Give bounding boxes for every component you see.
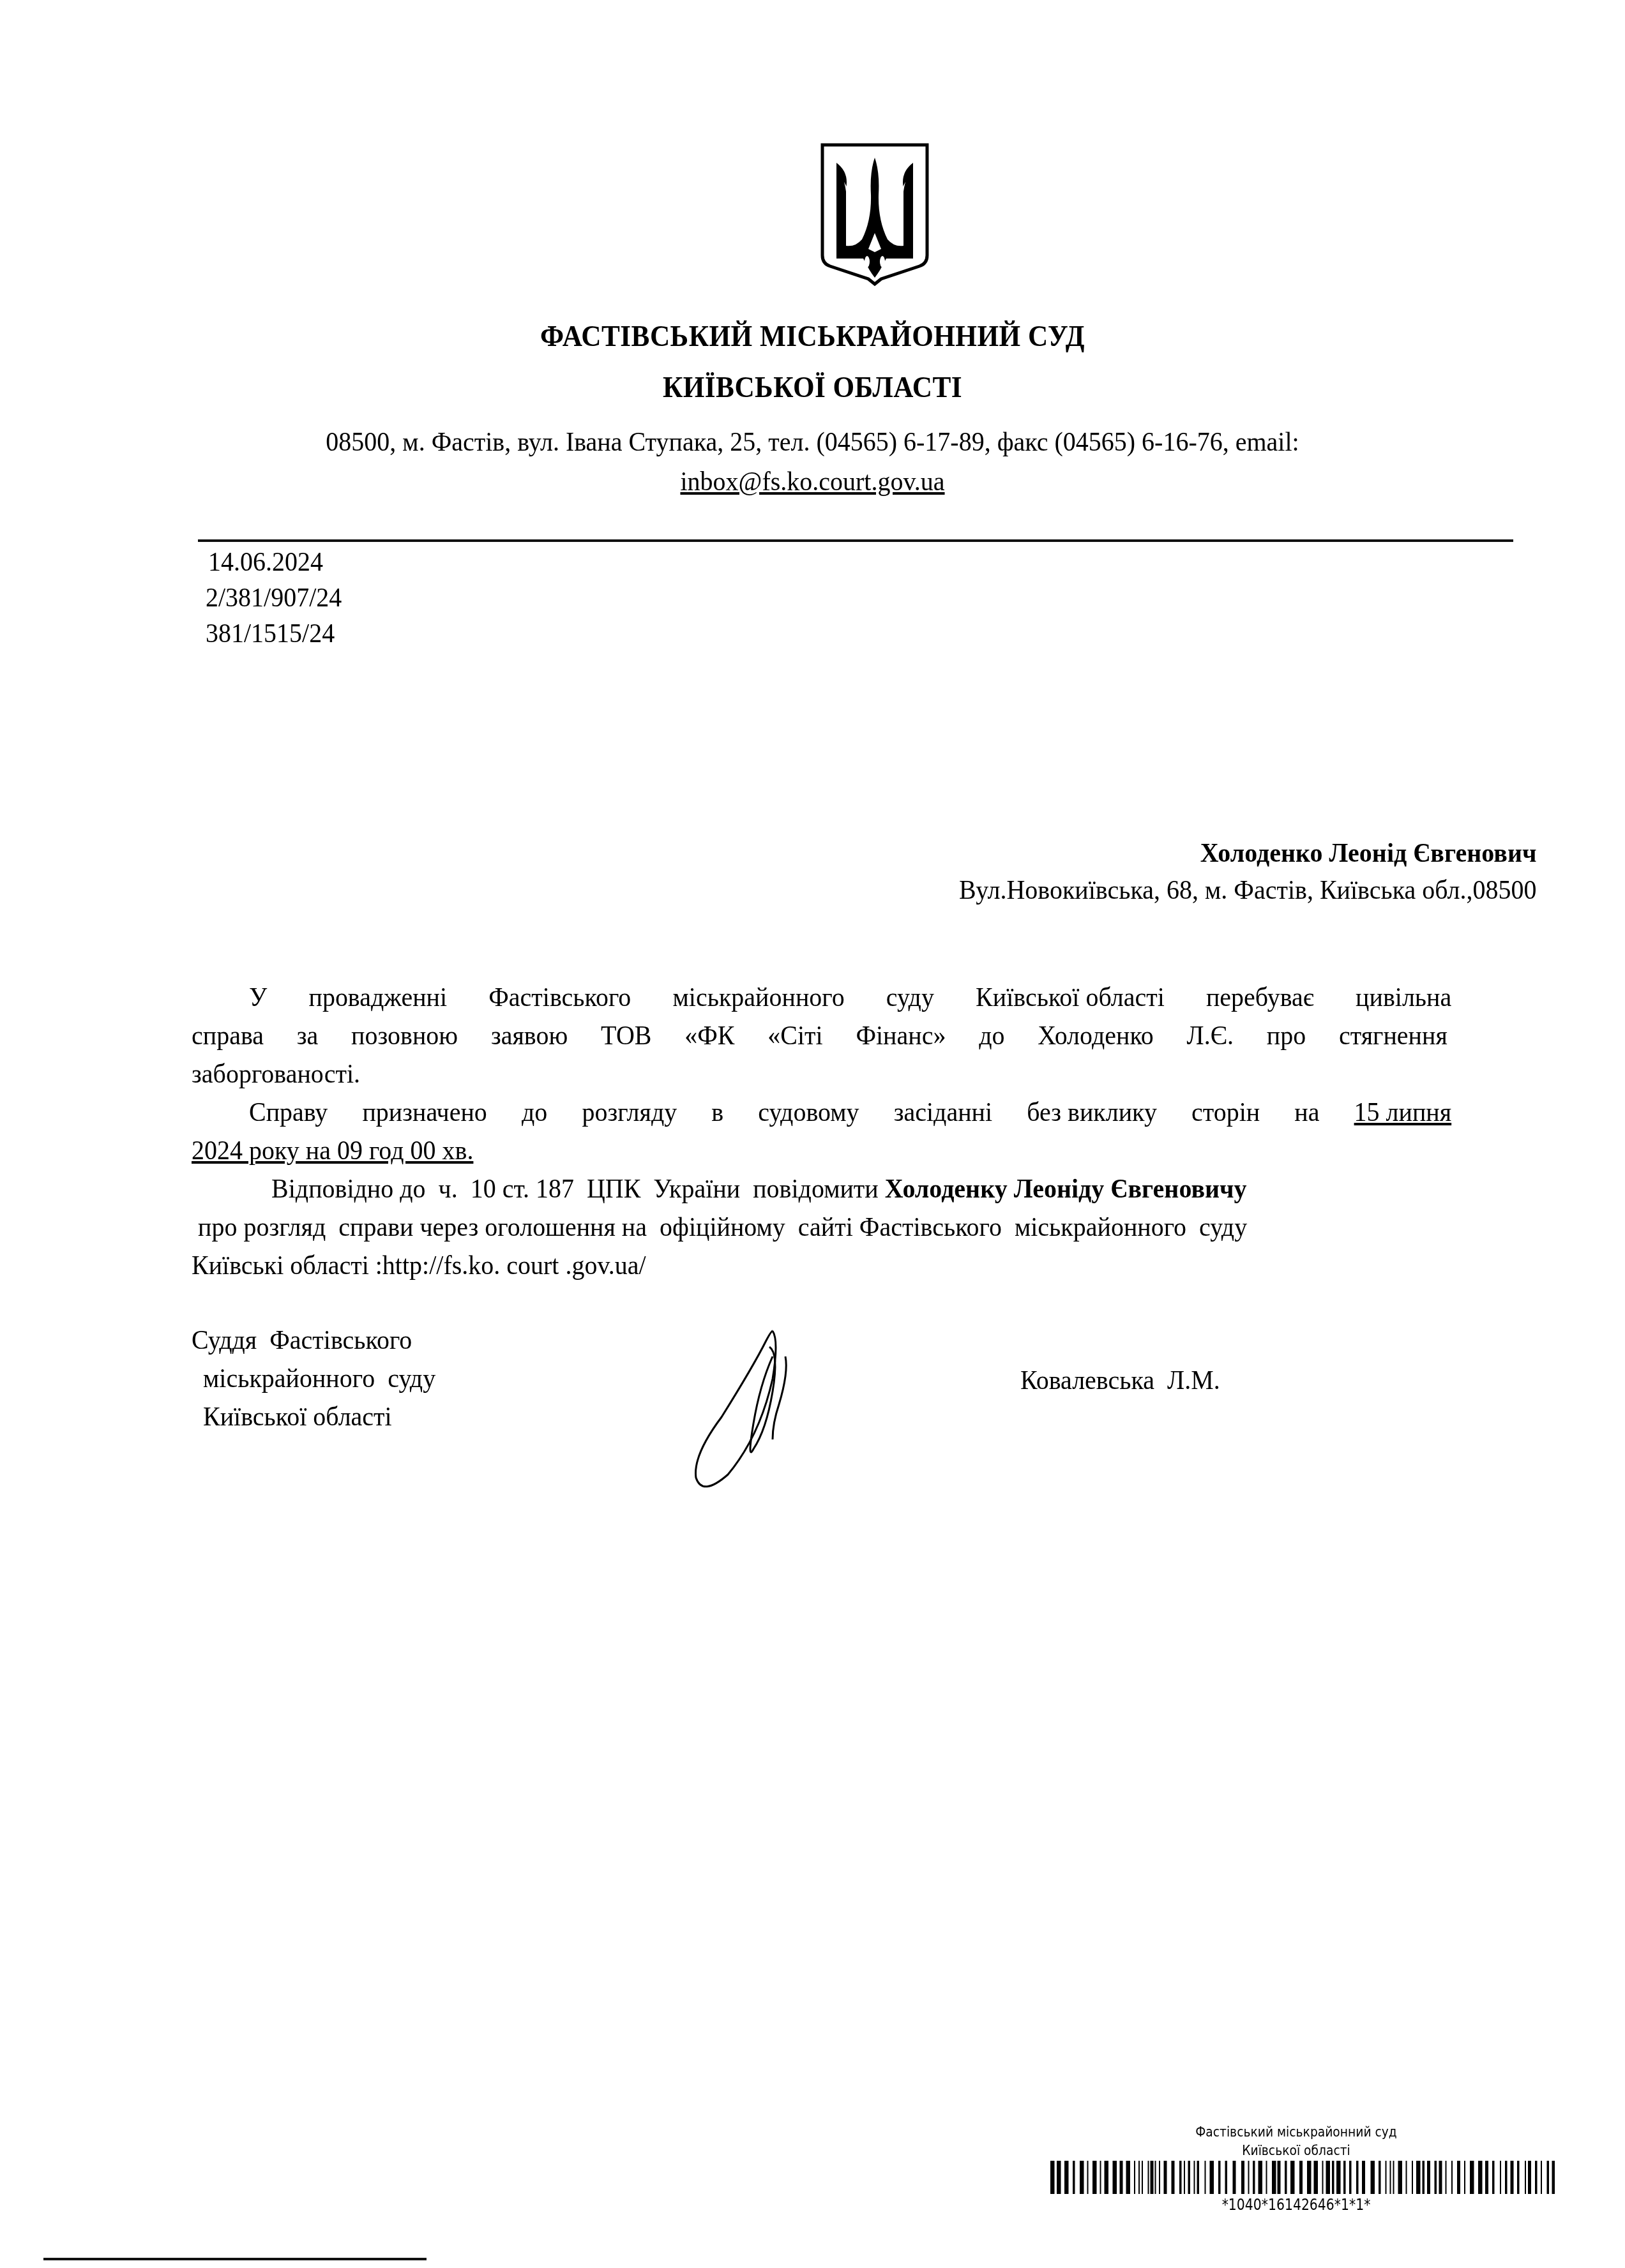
court-email-link[interactable]: inbox@fs.ko.court.gov.ua <box>57 466 1568 497</box>
word: судовому <box>758 1097 859 1128</box>
paragraph-1-line-2: справазапозовноюзаявоюТОВ«ФК«СітіФінанс»… <box>192 1020 1447 1051</box>
paragraph-1-line-3: заборгованості. <box>192 1058 1447 1090</box>
word: міськрайонного <box>673 982 845 1013</box>
word: У <box>249 982 267 1013</box>
word: стягнення <box>1339 1020 1447 1051</box>
coat-of-arms-icon <box>817 137 932 287</box>
word: Л.Є. <box>1187 1020 1234 1051</box>
word: «ФК <box>684 1020 734 1051</box>
word: Київської області <box>976 982 1165 1013</box>
word: в <box>711 1097 723 1128</box>
word: сторін <box>1191 1097 1260 1128</box>
court-region-heading: КИЇВСЬКОЇ ОБЛАСТІ <box>65 370 1560 405</box>
court-name-heading: ФАСТІВСЬКИЙ МІСЬКРАЙОННИЙ СУД <box>65 319 1560 354</box>
paragraph-1-line-1: УпровадженніФастівськогоміськрайонногосу… <box>249 982 1451 1013</box>
court-contact-details: 08500, м. Фастів, вул. Івана Ступака, 25… <box>57 426 1568 458</box>
addressee-name: Холоденко Леонід Євгенович <box>1200 837 1537 869</box>
word: провадженні <box>308 982 447 1013</box>
word: без виклику <box>1027 1097 1157 1128</box>
word: про <box>1267 1020 1306 1051</box>
word: заявою <box>491 1020 568 1051</box>
barcode-icon <box>1050 2161 1555 2194</box>
word: Фінанс» <box>856 1020 946 1051</box>
word: на <box>1294 1097 1319 1128</box>
word: суду <box>886 982 934 1013</box>
judge-name: Ковалевська Л.М. <box>1020 1365 1220 1396</box>
judge-title-line-1: Суддя Фастівського <box>192 1325 412 1356</box>
stamp-court-region: Київської області <box>1074 2143 1519 2159</box>
outgoing-number: 2/381/907/24 <box>206 582 342 613</box>
judge-title-line-3: Київської області <box>203 1401 392 1432</box>
word: цивільна <box>1356 982 1451 1013</box>
word: за <box>297 1020 319 1051</box>
word: засіданні <box>894 1097 992 1128</box>
word: перебуває <box>1206 982 1314 1013</box>
stamp-court-name: Фастівський міськрайонний суд <box>1074 2124 1519 2140</box>
paragraph-3-line-3: Київські області :http://fs.ko. court .g… <box>192 1250 1447 1281</box>
legal-basis-text: Відповідно до ч. 10 ст. 187 ЦПК України … <box>271 1174 879 1204</box>
header-divider <box>198 539 1513 542</box>
barcode-number: *1040*16142646*1*1* <box>1074 2196 1519 2214</box>
word: «Сіті <box>767 1020 822 1051</box>
paragraph-2-line-2: 2024 року на 09 год 00 хв. <box>192 1135 1447 1166</box>
word: розгляду <box>582 1097 677 1128</box>
word: Справу <box>249 1097 328 1128</box>
case-number: 381/1515/24 <box>206 618 335 649</box>
paragraph-3-line-2: про розгляд справи через оголошення на о… <box>198 1212 1439 1243</box>
judge-title-line-2: міськрайонного суду <box>203 1363 435 1394</box>
word: до <box>979 1020 1004 1051</box>
addressee-address: Вул.Новокиївська, 68, м. Фастів, Київськ… <box>960 875 1537 906</box>
hearing-time: 2024 року на 09 год 00 хв. <box>192 1136 473 1166</box>
word: справа <box>192 1020 264 1051</box>
document-date: 14.06.2024 <box>208 546 323 578</box>
paragraph-2-line-1: Справупризначенодорозглядувсудовомузасід… <box>249 1097 1451 1128</box>
word: позовною <box>351 1020 458 1051</box>
word: Фастівського <box>488 982 631 1013</box>
word: ТОВ <box>601 1020 651 1051</box>
word: Холоденко <box>1038 1020 1154 1051</box>
word: призначено <box>362 1097 487 1128</box>
signature-icon <box>677 1328 805 1494</box>
hearing-date: 15 липня <box>1354 1097 1452 1128</box>
notified-person: Холоденку Леоніду Євгеновичу <box>885 1174 1247 1204</box>
paragraph-3-line-1: Відповідно до ч. 10 ст. 187 ЦПК України … <box>271 1173 1453 1205</box>
footer-divider <box>43 2258 427 2260</box>
word: до <box>522 1097 547 1128</box>
